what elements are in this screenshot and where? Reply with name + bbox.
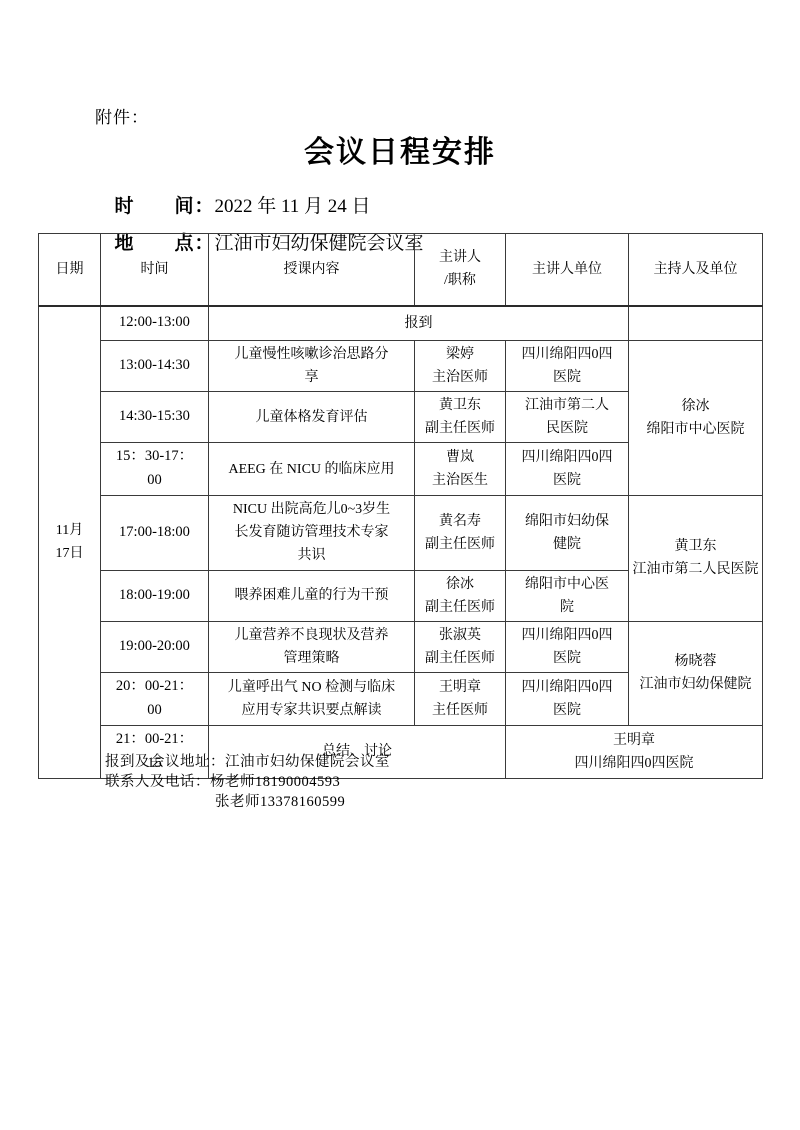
speaker-cell: 黄名寿 副主任医师 bbox=[415, 496, 506, 570]
moderator-cell: 徐冰 绵阳市中心医院 bbox=[629, 341, 763, 496]
time-cell: 15：30-17： 00 bbox=[101, 443, 209, 496]
speaker-cell: 王明章 主任医师 bbox=[415, 672, 506, 725]
time-cell: 18:00-19:00 bbox=[101, 570, 209, 621]
content-cell: 报到 bbox=[209, 306, 629, 341]
date-cell: 11月 17日 bbox=[39, 306, 101, 779]
content-cell: 儿童慢性咳嗽诊治思路分 享 bbox=[209, 341, 415, 392]
speaker-org-cell: 绵阳市中心医 院 bbox=[506, 570, 629, 621]
time-cell: 17:00-18:00 bbox=[101, 496, 209, 570]
footer-notes: 报到及会议地址：江油市妇幼保健院会议室 联系人及电话：杨老师1819000459… bbox=[105, 752, 390, 812]
header-date: 日期 bbox=[39, 234, 101, 306]
speaker-cell: 张淑英 副主任医师 bbox=[415, 621, 506, 672]
time-cell: 12:00-13:00 bbox=[101, 306, 209, 341]
speaker-org-cell: 四川绵阳四0四 医院 bbox=[506, 621, 629, 672]
time-cell: 13:00-14:30 bbox=[101, 341, 209, 392]
speaker-cell: 曹岚 主治医生 bbox=[415, 443, 506, 496]
content-cell: 儿童体格发育评估 bbox=[209, 392, 415, 443]
header-speaker: 主讲人 /职称 bbox=[415, 234, 506, 306]
time-cell: 14:30-15:30 bbox=[101, 392, 209, 443]
speaker-cell: 黄卫东 副主任医师 bbox=[415, 392, 506, 443]
content-cell: 儿童营养不良现状及营养 管理策略 bbox=[209, 621, 415, 672]
document-page: { "document": { "attachment_label": "附件：… bbox=[0, 0, 800, 1130]
table-header-row: 日期 时间 授课内容 主讲人 /职称 主讲人单位 主持人及单位 bbox=[39, 234, 763, 306]
table-row-registration: 11月 17日 12:00-13:00 报到 bbox=[39, 306, 763, 341]
speaker-org-cell: 四川绵阳四0四 医院 bbox=[506, 341, 629, 392]
table-row: 17:00-18:00 NICU 出院高危儿0~3岁生 长发育随访管理技术专家 … bbox=[39, 496, 763, 570]
summary-moderator-cell: 王明章 四川绵阳四0四医院 bbox=[506, 725, 763, 778]
footer-contact-2: 张老师13378160599 bbox=[105, 792, 390, 812]
time-cell: 20：00-21： 00 bbox=[101, 672, 209, 725]
footer-address: 报到及会议地址：江油市妇幼保健院会议室 bbox=[105, 752, 390, 772]
speaker-cell: 梁婷 主治医师 bbox=[415, 341, 506, 392]
table-row: 19:00-20:00 儿童营养不良现状及营养 管理策略 张淑英 副主任医师 四… bbox=[39, 621, 763, 672]
speaker-org-cell: 绵阳市妇幼保 健院 bbox=[506, 496, 629, 570]
moderator-cell-empty bbox=[629, 306, 763, 341]
header-speaker-org: 主讲人单位 bbox=[506, 234, 629, 306]
content-cell: 儿童呼出气 NO 检测与临床 应用专家共识要点解读 bbox=[209, 672, 415, 725]
speaker-cell: 徐冰 副主任医师 bbox=[415, 570, 506, 621]
moderator-cell: 杨晓蓉 江油市妇幼保健院 bbox=[629, 621, 763, 725]
speaker-org-cell: 四川绵阳四0四 医院 bbox=[506, 443, 629, 496]
table-row: 13:00-14:30 儿童慢性咳嗽诊治思路分 享 梁婷 主治医师 四川绵阳四0… bbox=[39, 341, 763, 392]
header-time: 时间 bbox=[101, 234, 209, 306]
page-title: 会议日程安排 bbox=[0, 127, 800, 171]
header-moderator: 主持人及单位 bbox=[629, 234, 763, 306]
header-content: 授课内容 bbox=[209, 234, 415, 306]
content-cell: 喂养困难儿童的行为干预 bbox=[209, 570, 415, 621]
content-cell: AEEG 在 NICU 的临床应用 bbox=[209, 443, 415, 496]
time-cell: 19:00-20:00 bbox=[101, 621, 209, 672]
content-cell: NICU 出院高危儿0~3岁生 长发育随访管理技术专家 共识 bbox=[209, 496, 415, 570]
moderator-cell: 黄卫东 江油市第二人民医院 bbox=[629, 496, 763, 621]
attachment-label: 附件： bbox=[95, 103, 149, 128]
speaker-org-cell: 四川绵阳四0四 医院 bbox=[506, 672, 629, 725]
schedule-table: 日期 时间 授课内容 主讲人 /职称 主讲人单位 主持人及单位 11月 17日 … bbox=[38, 233, 763, 779]
footer-contact-1: 联系人及电话：杨老师18190004593 bbox=[105, 772, 390, 792]
speaker-org-cell: 江油市第二人 民医院 bbox=[506, 392, 629, 443]
